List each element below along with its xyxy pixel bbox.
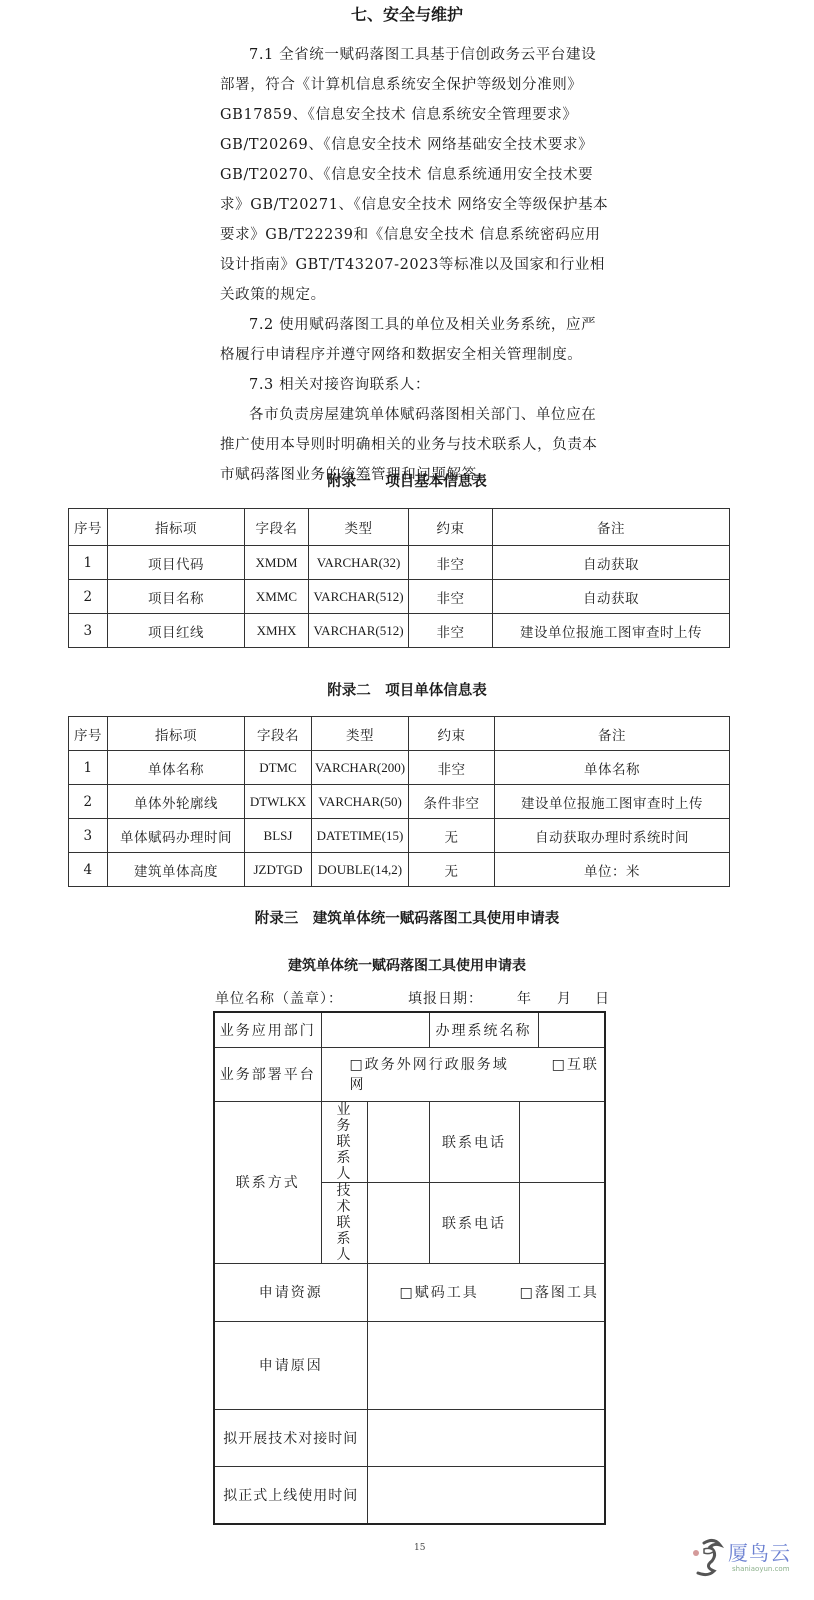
form-row-platform: 业务部署平台 □政务外网行政服务域 □互联网 — [214, 1047, 605, 1101]
paragraph-7-1: 7.1 全省统一赋码落图工具基于信创政务云平台建设部署，符合《计算机信息系统安全… — [220, 40, 610, 310]
cell: VARCHAR(200) — [312, 751, 409, 785]
form-row-dept: 业务应用部门 办理系统名称 — [214, 1012, 605, 1047]
cell: 无 — [409, 819, 495, 853]
header-cell: 序号 — [69, 509, 108, 546]
header-cell: 指标项 — [108, 509, 245, 546]
cell: 条件非空 — [409, 785, 495, 819]
form-row-biz-contact: 联系方式 业务联系人 联系电话 — [214, 1101, 605, 1182]
cell: 项目代码 — [108, 546, 245, 580]
unit-name-label: 单位名称（盖章）： — [215, 991, 343, 1007]
cell: VARCHAR(512) — [309, 580, 409, 614]
biz-contact-label: 业务联系人 — [321, 1101, 367, 1182]
page-number: 15 — [414, 1543, 425, 1553]
header-cell: 序号 — [69, 717, 108, 751]
appendix3-title: 附录三 建筑单体统一赋码落图工具使用申请表 — [0, 907, 814, 928]
platform-label: 业务部署平台 — [214, 1047, 321, 1101]
tech-phone-input[interactable] — [519, 1182, 605, 1263]
cell: 2 — [69, 580, 108, 614]
table-row: 1 单体名称 DTMC VARCHAR(200) 非空 单体名称 — [69, 751, 730, 785]
year-label: 年 — [517, 988, 532, 1008]
header-cell: 类型 — [312, 717, 409, 751]
table-header-row: 序号 指标项 字段名 类型 约束 备注 — [69, 717, 730, 751]
cell: XMDM — [245, 546, 309, 580]
online-time-input[interactable] — [367, 1466, 605, 1524]
checkbox-map-tool[interactable]: □落图工具 — [520, 1285, 599, 1301]
form-row-reason: 申请原因 — [214, 1321, 605, 1409]
application-form: 业务应用部门 办理系统名称 业务部署平台 □政务外网行政服务域 □互联网 联系方… — [213, 1011, 606, 1525]
biz-phone-input[interactable] — [519, 1101, 605, 1182]
appendix2-table: 序号 指标项 字段名 类型 约束 备注 1 单体名称 DTMC VARCHAR(… — [68, 716, 730, 887]
tech-contact-label: 技术联系人 — [321, 1182, 367, 1263]
system-name-label: 办理系统名称 — [429, 1012, 538, 1047]
biz-phone-label: 联系电话 — [429, 1101, 519, 1182]
cell: 建设单位报施工图审查时上传 — [493, 614, 730, 648]
dept-label: 业务应用部门 — [214, 1012, 321, 1047]
paragraph-7-2: 7.2 使用赋码落图工具的单位及相关业务系统，应严格履行申请程序并遵守网络和数据… — [220, 310, 610, 370]
tech-phone-label: 联系电话 — [429, 1182, 519, 1263]
header-cell: 类型 — [309, 509, 409, 546]
watermark-logo: 厦鸟云 shaniaoyun.com — [690, 1535, 800, 1585]
tech-time-label: 拟开展技术对接时间 — [214, 1409, 367, 1466]
cell: 单体名称 — [108, 751, 245, 785]
resource-options: □赋码工具 □落图工具 — [367, 1263, 605, 1321]
cell: 无 — [409, 853, 495, 887]
cell: 2 — [69, 785, 108, 819]
table-row: 4 建筑单体高度 JZDTGD DOUBLE(14,2) 无 单位：米 — [69, 853, 730, 887]
header-cell: 备注 — [493, 509, 730, 546]
header-cell: 字段名 — [245, 509, 309, 546]
watermark-url: shaniaoyun.com — [732, 1565, 790, 1573]
watermark-name: 厦鸟云 — [728, 1537, 791, 1566]
contact-label: 联系方式 — [214, 1101, 321, 1263]
table-header-row: 序号 指标项 字段名 类型 约束 备注 — [69, 509, 730, 546]
table-row: 1 项目代码 XMDM VARCHAR(32) 非空 自动获取 — [69, 546, 730, 580]
cell: XMMC — [245, 580, 309, 614]
month-label: 月 — [557, 988, 572, 1008]
cell: 1 — [69, 546, 108, 580]
biz-contact-input[interactable] — [367, 1101, 429, 1182]
cell: 3 — [69, 819, 108, 853]
cell: 建筑单体高度 — [108, 853, 245, 887]
appendix2-title: 附录二 项目单体信息表 — [0, 679, 814, 700]
fill-date-label: 填报日期： — [408, 988, 483, 1008]
appendix1-table: 序号 指标项 字段名 类型 约束 备注 1 项目代码 XMDM VARCHAR(… — [68, 508, 730, 648]
cell: 建设单位报施工图审查时上传 — [495, 785, 730, 819]
cell: 非空 — [409, 546, 493, 580]
tech-time-input[interactable] — [367, 1409, 605, 1466]
table-row: 3 项目红线 XMHX VARCHAR(512) 非空 建设单位报施工图审查时上… — [69, 614, 730, 648]
cell: BLSJ — [245, 819, 312, 853]
cell: 非空 — [409, 580, 493, 614]
cell: JZDTGD — [245, 853, 312, 887]
cell: DTWLKX — [245, 785, 312, 819]
header-cell: 字段名 — [245, 717, 312, 751]
online-time-label: 拟正式上线使用时间 — [214, 1466, 367, 1524]
section-body: 7.1 全省统一赋码落图工具基于信创政务云平台建设部署，符合《计算机信息系统安全… — [220, 40, 610, 490]
form-title: 建筑单体统一赋码落图工具使用申请表 — [0, 955, 814, 975]
form-row-resource: 申请资源 □赋码工具 □落图工具 — [214, 1263, 605, 1321]
cell: VARCHAR(512) — [309, 614, 409, 648]
reason-input[interactable] — [367, 1321, 605, 1409]
paragraph-7-3: 7.3 相关对接咨询联系人： — [220, 370, 610, 400]
cell: 非空 — [409, 751, 495, 785]
form-row-online-time: 拟正式上线使用时间 — [214, 1466, 605, 1524]
cell: 自动获取办理时系统时间 — [495, 819, 730, 853]
checkbox-code-tool[interactable]: □赋码工具 — [400, 1285, 479, 1301]
cell: 单体外轮廓线 — [108, 785, 245, 819]
table-row: 2 项目名称 XMMC VARCHAR(512) 非空 自动获取 — [69, 580, 730, 614]
cell: DOUBLE(14,2) — [312, 853, 409, 887]
cell: XMHX — [245, 614, 309, 648]
cell: 非空 — [409, 614, 493, 648]
dept-input[interactable] — [321, 1012, 429, 1047]
header-cell: 指标项 — [108, 717, 245, 751]
resource-label: 申请资源 — [214, 1263, 367, 1321]
bird-logo-icon — [690, 1535, 730, 1585]
system-name-input[interactable] — [538, 1012, 605, 1047]
reason-label: 申请原因 — [214, 1321, 367, 1409]
cell: 3 — [69, 614, 108, 648]
form-row-tech-time: 拟开展技术对接时间 — [214, 1409, 605, 1466]
checkbox-gov-extranet[interactable]: □政务外网行政服务域 — [350, 1057, 509, 1073]
cell: 自动获取 — [493, 580, 730, 614]
table-row: 3 单体赋码办理时间 BLSJ DATETIME(15) 无 自动获取办理时系统… — [69, 819, 730, 853]
header-cell: 备注 — [495, 717, 730, 751]
cell: 1 — [69, 751, 108, 785]
cell: 项目名称 — [108, 580, 245, 614]
platform-options: □政务外网行政服务域 □互联网 — [321, 1047, 605, 1101]
cell: 单体名称 — [495, 751, 730, 785]
form-header-line: 单位名称（盖章）： 填报日期： 年 月 日 — [215, 988, 610, 1008]
appendix1-title: 附录一 项目基本信息表 — [0, 470, 814, 491]
day-label: 日 — [595, 988, 610, 1008]
cell: 4 — [69, 853, 108, 887]
cell: DATETIME(15) — [312, 819, 409, 853]
table-row: 2 单体外轮廓线 DTWLKX VARCHAR(50) 条件非空 建设单位报施工… — [69, 785, 730, 819]
cell: 项目红线 — [108, 614, 245, 648]
cell: 单位：米 — [495, 853, 730, 887]
cell: 自动获取 — [493, 546, 730, 580]
cell: VARCHAR(32) — [309, 546, 409, 580]
cell: 单体赋码办理时间 — [108, 819, 245, 853]
cell: VARCHAR(50) — [312, 785, 409, 819]
header-cell: 约束 — [409, 717, 495, 751]
cell: DTMC — [245, 751, 312, 785]
tech-contact-input[interactable] — [367, 1182, 429, 1263]
section-title: 七、安全与维护 — [0, 2, 814, 25]
header-cell: 约束 — [409, 509, 493, 546]
